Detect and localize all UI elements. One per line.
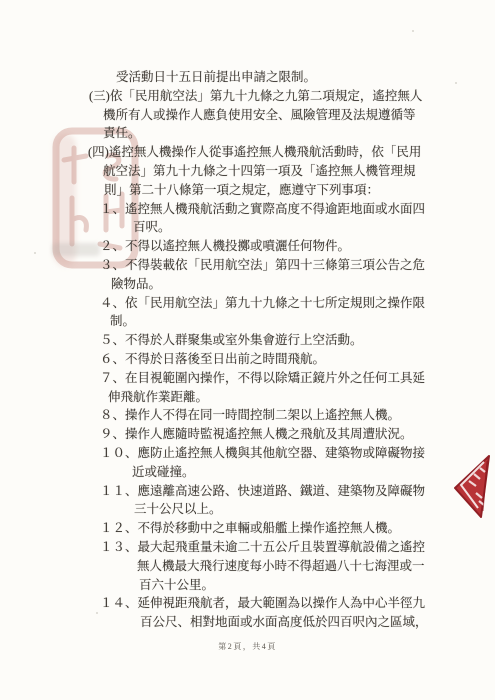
text-line: ８、操作人不得在同一時間控制二架以上遙控無人機。	[0, 406, 495, 425]
text-line: 百呎。	[0, 218, 495, 237]
text-line: ３、不得裝載依「民用航空法」第四十三條第三項公告之危	[0, 256, 495, 275]
text-line: １２、不得於移動中之車輛或船艦上操作遙控無人機。	[0, 519, 495, 538]
text-line: 受活動日十五日前提出申請之限制。	[0, 68, 495, 87]
text-line: 無人機最大飛行速度每小時不得超過八十七海浬或一	[0, 557, 495, 576]
text-line: 三十公尺以上。	[0, 500, 495, 519]
text-line: (四)遙控無人機操作人從事遙控無人機飛航活動時，依「民用	[0, 143, 495, 162]
scanned-document-page: 受活動日十五日前提出申請之限制。 (三)依「民用航空法」第九十九條之九第二項規定…	[0, 0, 495, 700]
text-line: 險物品。	[0, 275, 495, 294]
text-line: 航空法」第九十九條之十四第一項及「遙控無人機管理規	[0, 162, 495, 181]
paper-speck	[412, 30, 414, 32]
text-line: ４、依「民用航空法」第九十九條之十七所定規則之操作限	[0, 294, 495, 313]
text-line: 百六十公里。	[0, 576, 495, 595]
document-text: 受活動日十五日前提出申請之限制。 (三)依「民用航空法」第九十九條之九第二項規定…	[0, 68, 495, 632]
text-line: １１、應遠離高速公路、快速道路、鐵道、建築物及障礙物	[0, 482, 495, 501]
text-line: 近或碰撞。	[0, 463, 495, 482]
text-line: (三)依「民用航空法」第九十九條之九第二項規定，遙控無人	[0, 87, 495, 106]
text-line: １３、最大起飛重量未逾二十五公斤且裝置導航設備之遙控	[0, 538, 495, 557]
text-line: ７、在目視範圍內操作，不得以除矯正鏡片外之任何工具延	[0, 369, 495, 388]
text-line: 機所有人或操作人應負使用安全、風險管理及法規遵循等	[0, 106, 495, 125]
text-line: 百公尺、相對地面或水面高度低於四百呎內之區域，	[0, 613, 495, 632]
text-line: ６、不得於日落後至日出前之時間飛航。	[0, 350, 495, 369]
official-red-seal-stamp	[451, 453, 495, 523]
text-line: 則」第二十八條第一項之規定，應遵守下列事項：	[0, 181, 495, 200]
red-seal-triangle	[455, 456, 489, 517]
text-line: 伸飛航作業距離。	[0, 388, 495, 407]
text-line: １０、應防止遙控無人機與其他航空器、建築物或障礙物接	[0, 444, 495, 463]
text-line: 責任。	[0, 124, 495, 143]
text-line: ２、不得以遙控無人機投擲或噴灑任何物件。	[0, 237, 495, 256]
text-line: 制。	[0, 312, 495, 331]
text-line: １、遙控無人機飛航活動之實際高度不得逾距地面或水面四	[0, 200, 495, 219]
text-line: ９、操作人應隨時監視遙控無人機之飛航及其周遭狀況。	[0, 425, 495, 444]
page-footer: 第2頁，共4頁	[0, 641, 495, 652]
text-line: ５、不得於人群聚集或室外集會遊行上空活動。	[0, 331, 495, 350]
text-line: １４、延伸視距飛航者，最大範圍為以操作人為中心半徑九	[0, 594, 495, 613]
